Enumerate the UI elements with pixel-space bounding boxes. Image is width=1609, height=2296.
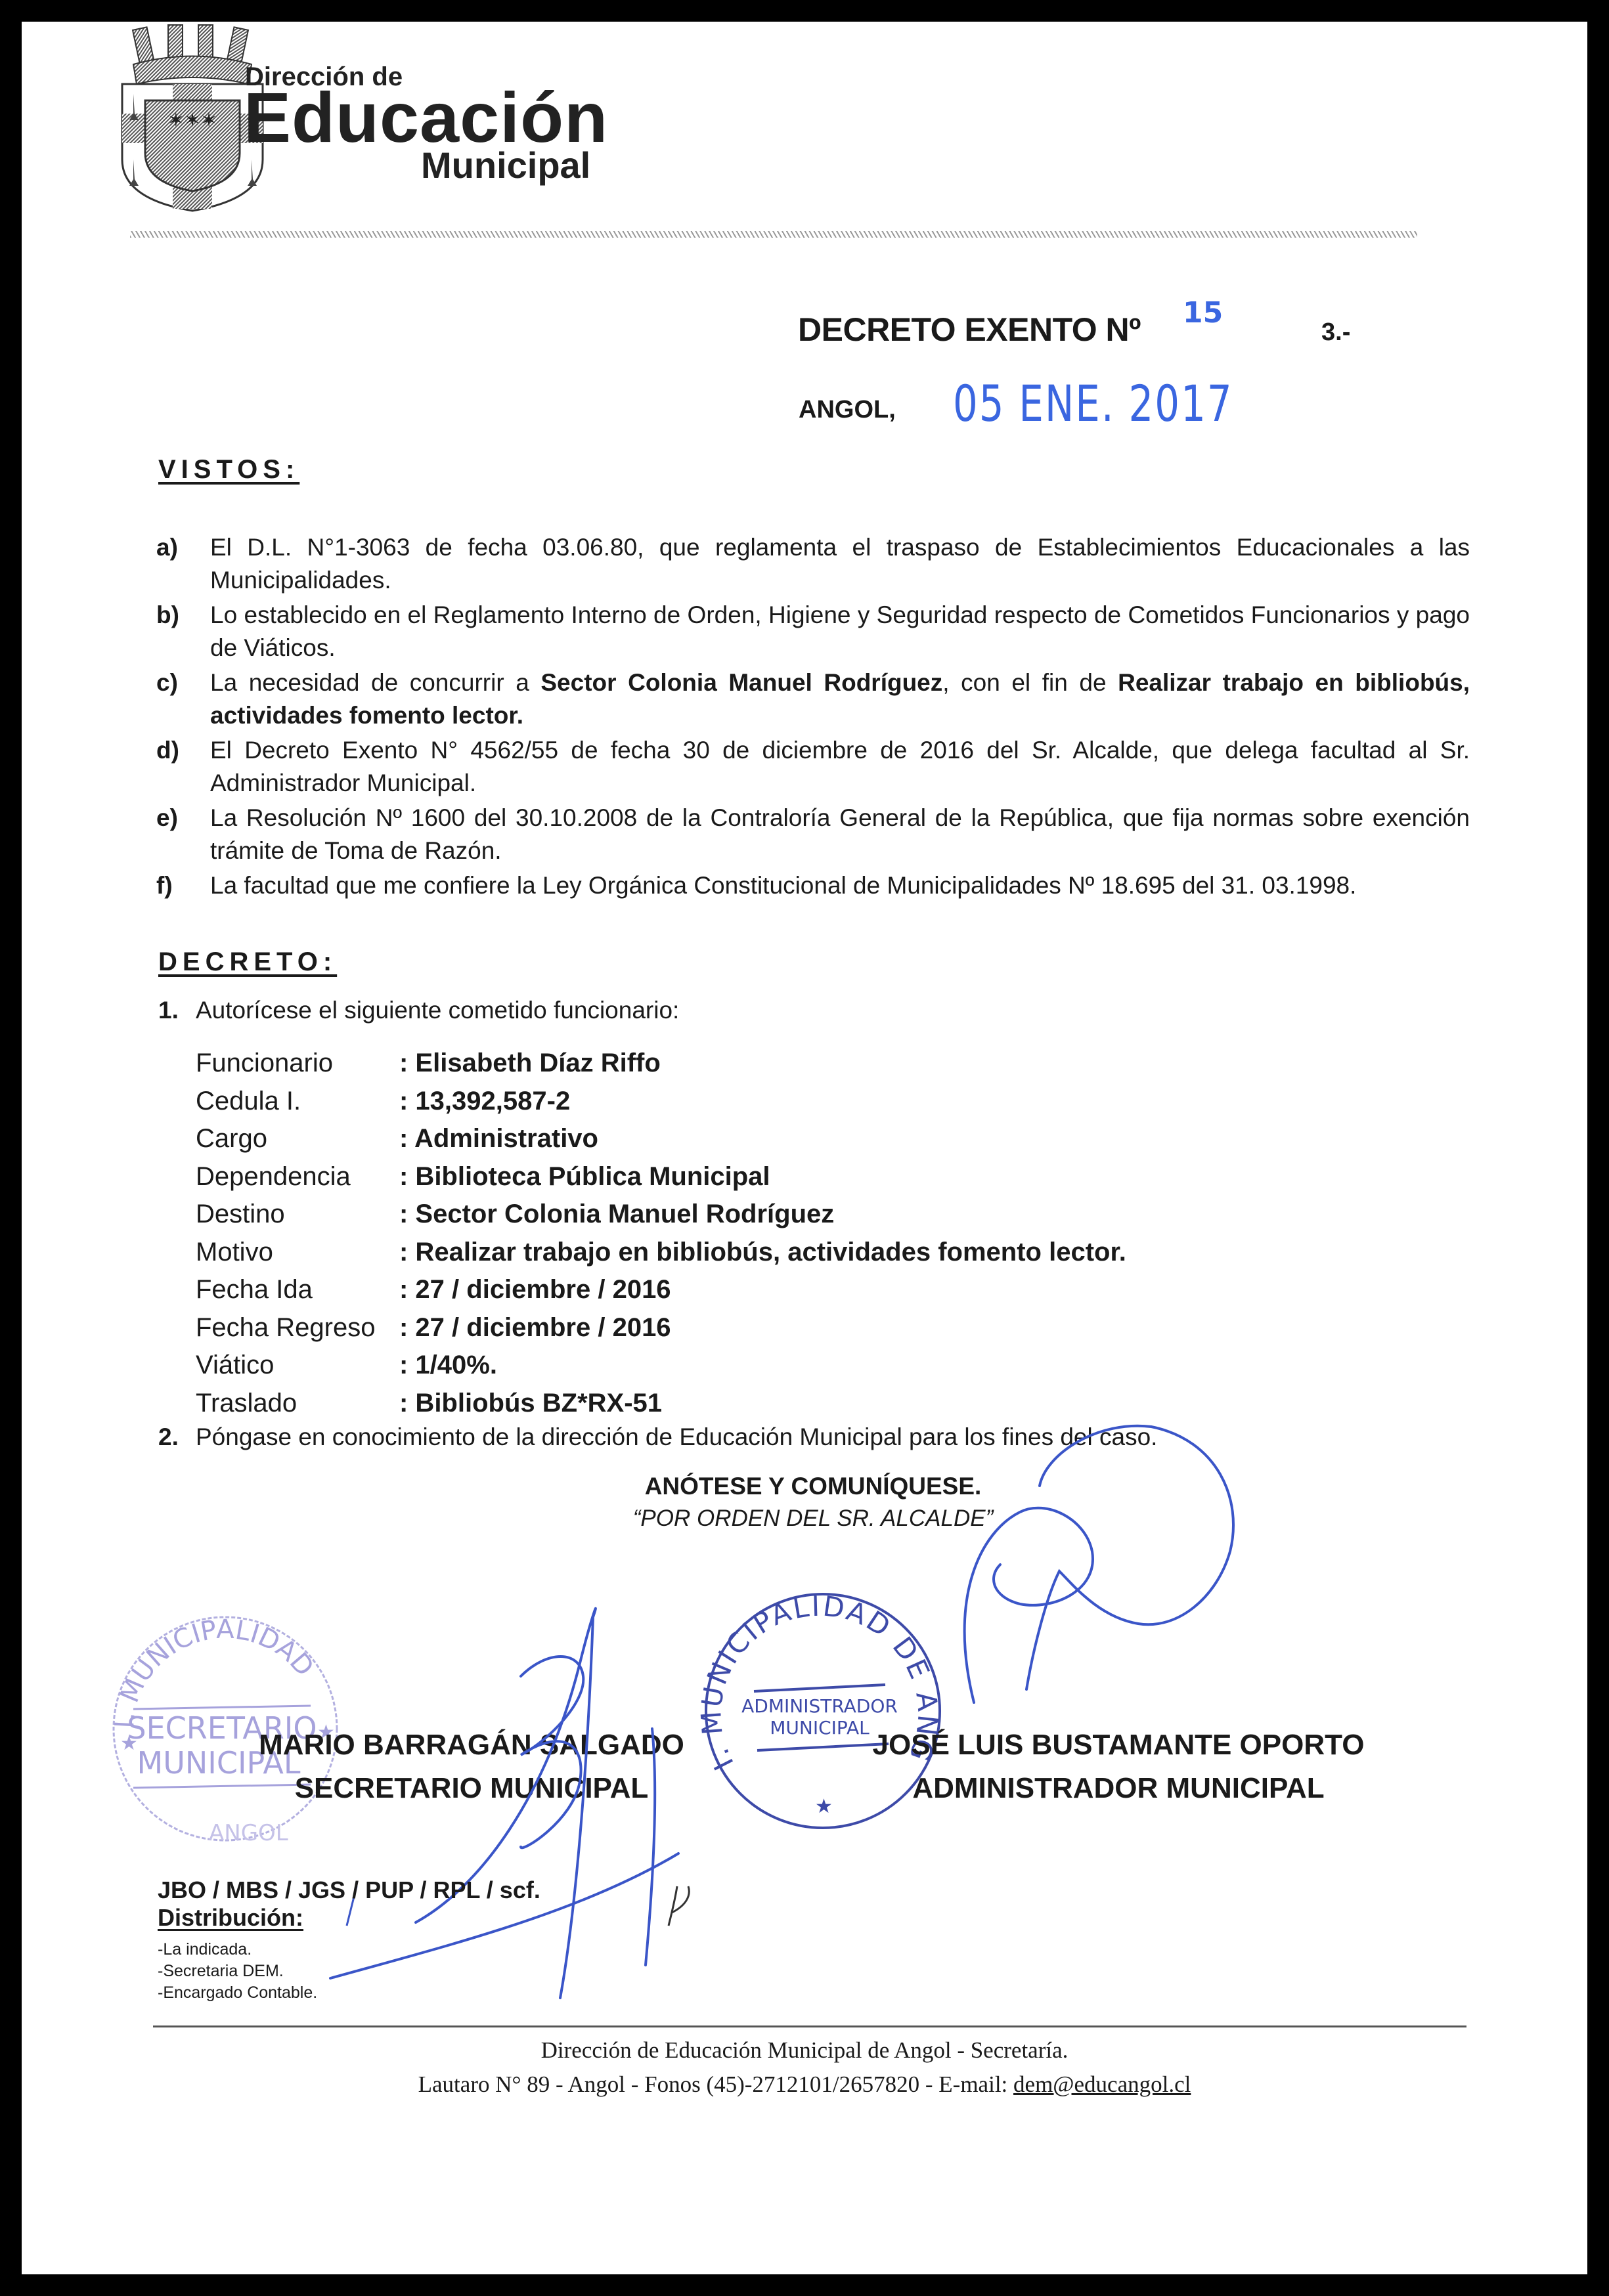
field-value: : 27 / diciembre / 2016 — [399, 1275, 671, 1305]
svg-text:★: ★ — [815, 1796, 833, 1817]
field-label: Cedula I. — [196, 1087, 399, 1116]
administrator-signatory: JOSÉ LUIS BUSTAMANTE OPORTO ADMINISTRADO… — [849, 1723, 1388, 1810]
vistos-letter: d) — [156, 734, 210, 800]
field-label: Traslado — [196, 1389, 399, 1418]
vistos-text: La necesidad de concurrir a Sector Colon… — [210, 666, 1470, 732]
field-label: Destino — [196, 1200, 399, 1229]
field-value: : Biblioteca Pública Municipal — [399, 1162, 770, 1192]
vistos-letter: a) — [156, 531, 210, 597]
secretary-signatory: MARIO BARRAGÁN SALGADO SECRETARIO MUNICI… — [235, 1723, 708, 1810]
cometido-fields: Funcionario: Elisabeth Díaz Riffo Cedula… — [196, 1045, 1126, 1422]
field-label: Fecha Regreso — [196, 1313, 399, 1343]
secretary-title: SECRETARIO MUNICIPAL — [235, 1767, 708, 1810]
vistos-letter: c) — [156, 666, 210, 732]
vistos-text: Lo establecido en el Reglamento Interno … — [210, 599, 1470, 664]
field-value: : 27 / diciembre / 2016 — [399, 1313, 671, 1343]
vistos-item: a) El D.L. N°1-3063 de fecha 03.06.80, q… — [156, 531, 1470, 597]
vistos-item: f) La facultad que me confiere la Ley Or… — [156, 869, 1470, 902]
initials-line: JBO / MBS / JGS / PUP / RPL / scf. — [158, 1876, 540, 1904]
field-label: Motivo — [196, 1238, 399, 1267]
document-page: ✶✶✶ Dirección de Educación Municipal DEC… — [22, 22, 1587, 2274]
date-stamp: 05 ENE. 2017 — [953, 375, 1233, 433]
svg-text:ADMINISTRADOR: ADMINISTRADOR — [741, 1695, 898, 1717]
field-label: Viático — [196, 1351, 399, 1380]
vistos-item: e) La Resolución Nº 1600 del 30.10.2008 … — [156, 802, 1470, 867]
decreto-heading: DECRETO: — [158, 947, 337, 977]
vistos-text: La Resolución Nº 1600 del 30.10.2008 de … — [210, 802, 1470, 867]
decreto-item-1: 1.Autorícese el siguiente cometido funci… — [158, 997, 679, 1024]
item-number: 2. — [158, 1423, 196, 1451]
vistos-text: El D.L. N°1-3063 de fecha 03.06.80, que … — [210, 531, 1470, 597]
field-value: : 1/40%. — [399, 1351, 497, 1380]
field-label: Funcionario — [196, 1049, 399, 1078]
vistos-item: c) La necesidad de concurrir a Sector Co… — [156, 666, 1470, 732]
footer-address: Lautaro N° 89 - Angol - Fonos (45)-27121… — [418, 2071, 1013, 2097]
destination-bold: Sector Colonia Manuel Rodríguez — [540, 669, 942, 696]
vistos-text-part: La necesidad de concurrir a — [210, 669, 540, 696]
field-row: Viático: 1/40%. — [196, 1347, 1126, 1385]
field-value: : Bibliobús BZ*RX-51 — [399, 1389, 662, 1418]
vistos-letter: e) — [156, 802, 210, 867]
decree-number-stamp: 15 — [1183, 296, 1223, 330]
logo-line2: Educación — [244, 82, 608, 153]
decree-title: DECRETO EXENTO Nº — [798, 311, 1141, 349]
vistos-letter: b) — [156, 599, 210, 664]
distribution-item: -Secretaria DEM. — [158, 1960, 317, 1982]
secretary-name: MARIO BARRAGÁN SALGADO — [235, 1723, 708, 1767]
vistos-item: b) Lo establecido en el Reglamento Inter… — [156, 599, 1470, 664]
field-label: Dependencia — [196, 1162, 399, 1192]
vistos-letter: f) — [156, 869, 210, 902]
item-text: Autorícese el siguiente cometido funcion… — [196, 997, 679, 1024]
vistos-list: a) El D.L. N°1-3063 de fecha 03.06.80, q… — [156, 531, 1470, 904]
distribution-list: -La indicada. -Secretaria DEM. -Encargad… — [158, 1939, 317, 2004]
field-row: Cedula I.: 13,392,587-2 — [196, 1083, 1126, 1121]
vistos-item: d) El Decreto Exento N° 4562/55 de fecha… — [156, 734, 1470, 800]
item-number: 1. — [158, 997, 196, 1024]
footer-divider — [153, 2025, 1466, 2027]
svg-text:✶✶✶: ✶✶✶ — [167, 110, 217, 131]
by-order-of-mayor: “POR ORDEN DEL SR. ALCALDE” — [619, 1505, 1007, 1532]
footer-line-1: Dirección de Educación Municipal de Ango… — [22, 2037, 1587, 2064]
svg-text:ANGOL: ANGOL — [209, 1820, 288, 1846]
decree-number-suffix: 3.- — [1321, 318, 1350, 347]
city-label: ANGOL, — [799, 396, 896, 424]
field-row: Dependencia: Biblioteca Pública Municipa… — [196, 1158, 1126, 1196]
field-row: Traslado: Bibliobús BZ*RX-51 — [196, 1385, 1126, 1423]
decreto-item-2: 2.Póngase en conocimiento de la direcció… — [158, 1423, 1157, 1451]
item-text: Póngase en conocimiento de la dirección … — [196, 1423, 1157, 1450]
field-row: Motivo: Realizar trabajo en bibliobús, a… — [196, 1234, 1126, 1272]
field-row: Fecha Regreso: 27 / diciembre / 2016 — [196, 1309, 1126, 1347]
field-row: Cargo: Administrativo — [196, 1120, 1126, 1158]
email-link[interactable]: dem@educangol.cl — [1013, 2071, 1191, 2097]
closing-formula: ANÓTESE Y COMUNÍQUESE. — [642, 1473, 984, 1500]
administrator-title: ADMINISTRADOR MUNICIPAL — [849, 1767, 1388, 1810]
distribution-item: -Encargado Contable. — [158, 1982, 317, 2004]
vistos-heading: VISTOS: — [158, 455, 299, 485]
footer-line-2: Lautaro N° 89 - Angol - Fonos (45)-27121… — [22, 2071, 1587, 2098]
vistos-text: El Decreto Exento N° 4562/55 de fecha 30… — [210, 734, 1470, 800]
svg-text:★: ★ — [120, 1733, 138, 1754]
administrator-name: JOSÉ LUIS BUSTAMANTE OPORTO — [849, 1723, 1388, 1767]
logo-line3: Municipal — [421, 144, 590, 186]
vistos-text-part: , con el fin de — [942, 669, 1118, 696]
field-value: : Sector Colonia Manuel Rodríguez — [399, 1200, 834, 1229]
field-value: : Administrativo — [399, 1124, 598, 1154]
field-row: Fecha Ida: 27 / diciembre / 2016 — [196, 1271, 1126, 1309]
field-label: Fecha Ida — [196, 1275, 399, 1305]
field-value: : Elisabeth Díaz Riffo — [399, 1049, 661, 1078]
vistos-text: La facultad que me confiere la Ley Orgán… — [210, 869, 1470, 902]
field-label: Cargo — [196, 1124, 399, 1154]
field-row: Funcionario: Elisabeth Díaz Riffo — [196, 1045, 1126, 1083]
field-value: : Realizar trabajo en bibliobús, activid… — [399, 1238, 1126, 1267]
header-divider — [130, 231, 1417, 238]
field-value: : 13,392,587-2 — [399, 1087, 570, 1116]
distribution-item: -La indicada. — [158, 1939, 317, 1960]
distribution-heading: Distribución: — [158, 1904, 303, 1932]
field-row: Destino: Sector Colonia Manuel Rodríguez — [196, 1196, 1126, 1234]
